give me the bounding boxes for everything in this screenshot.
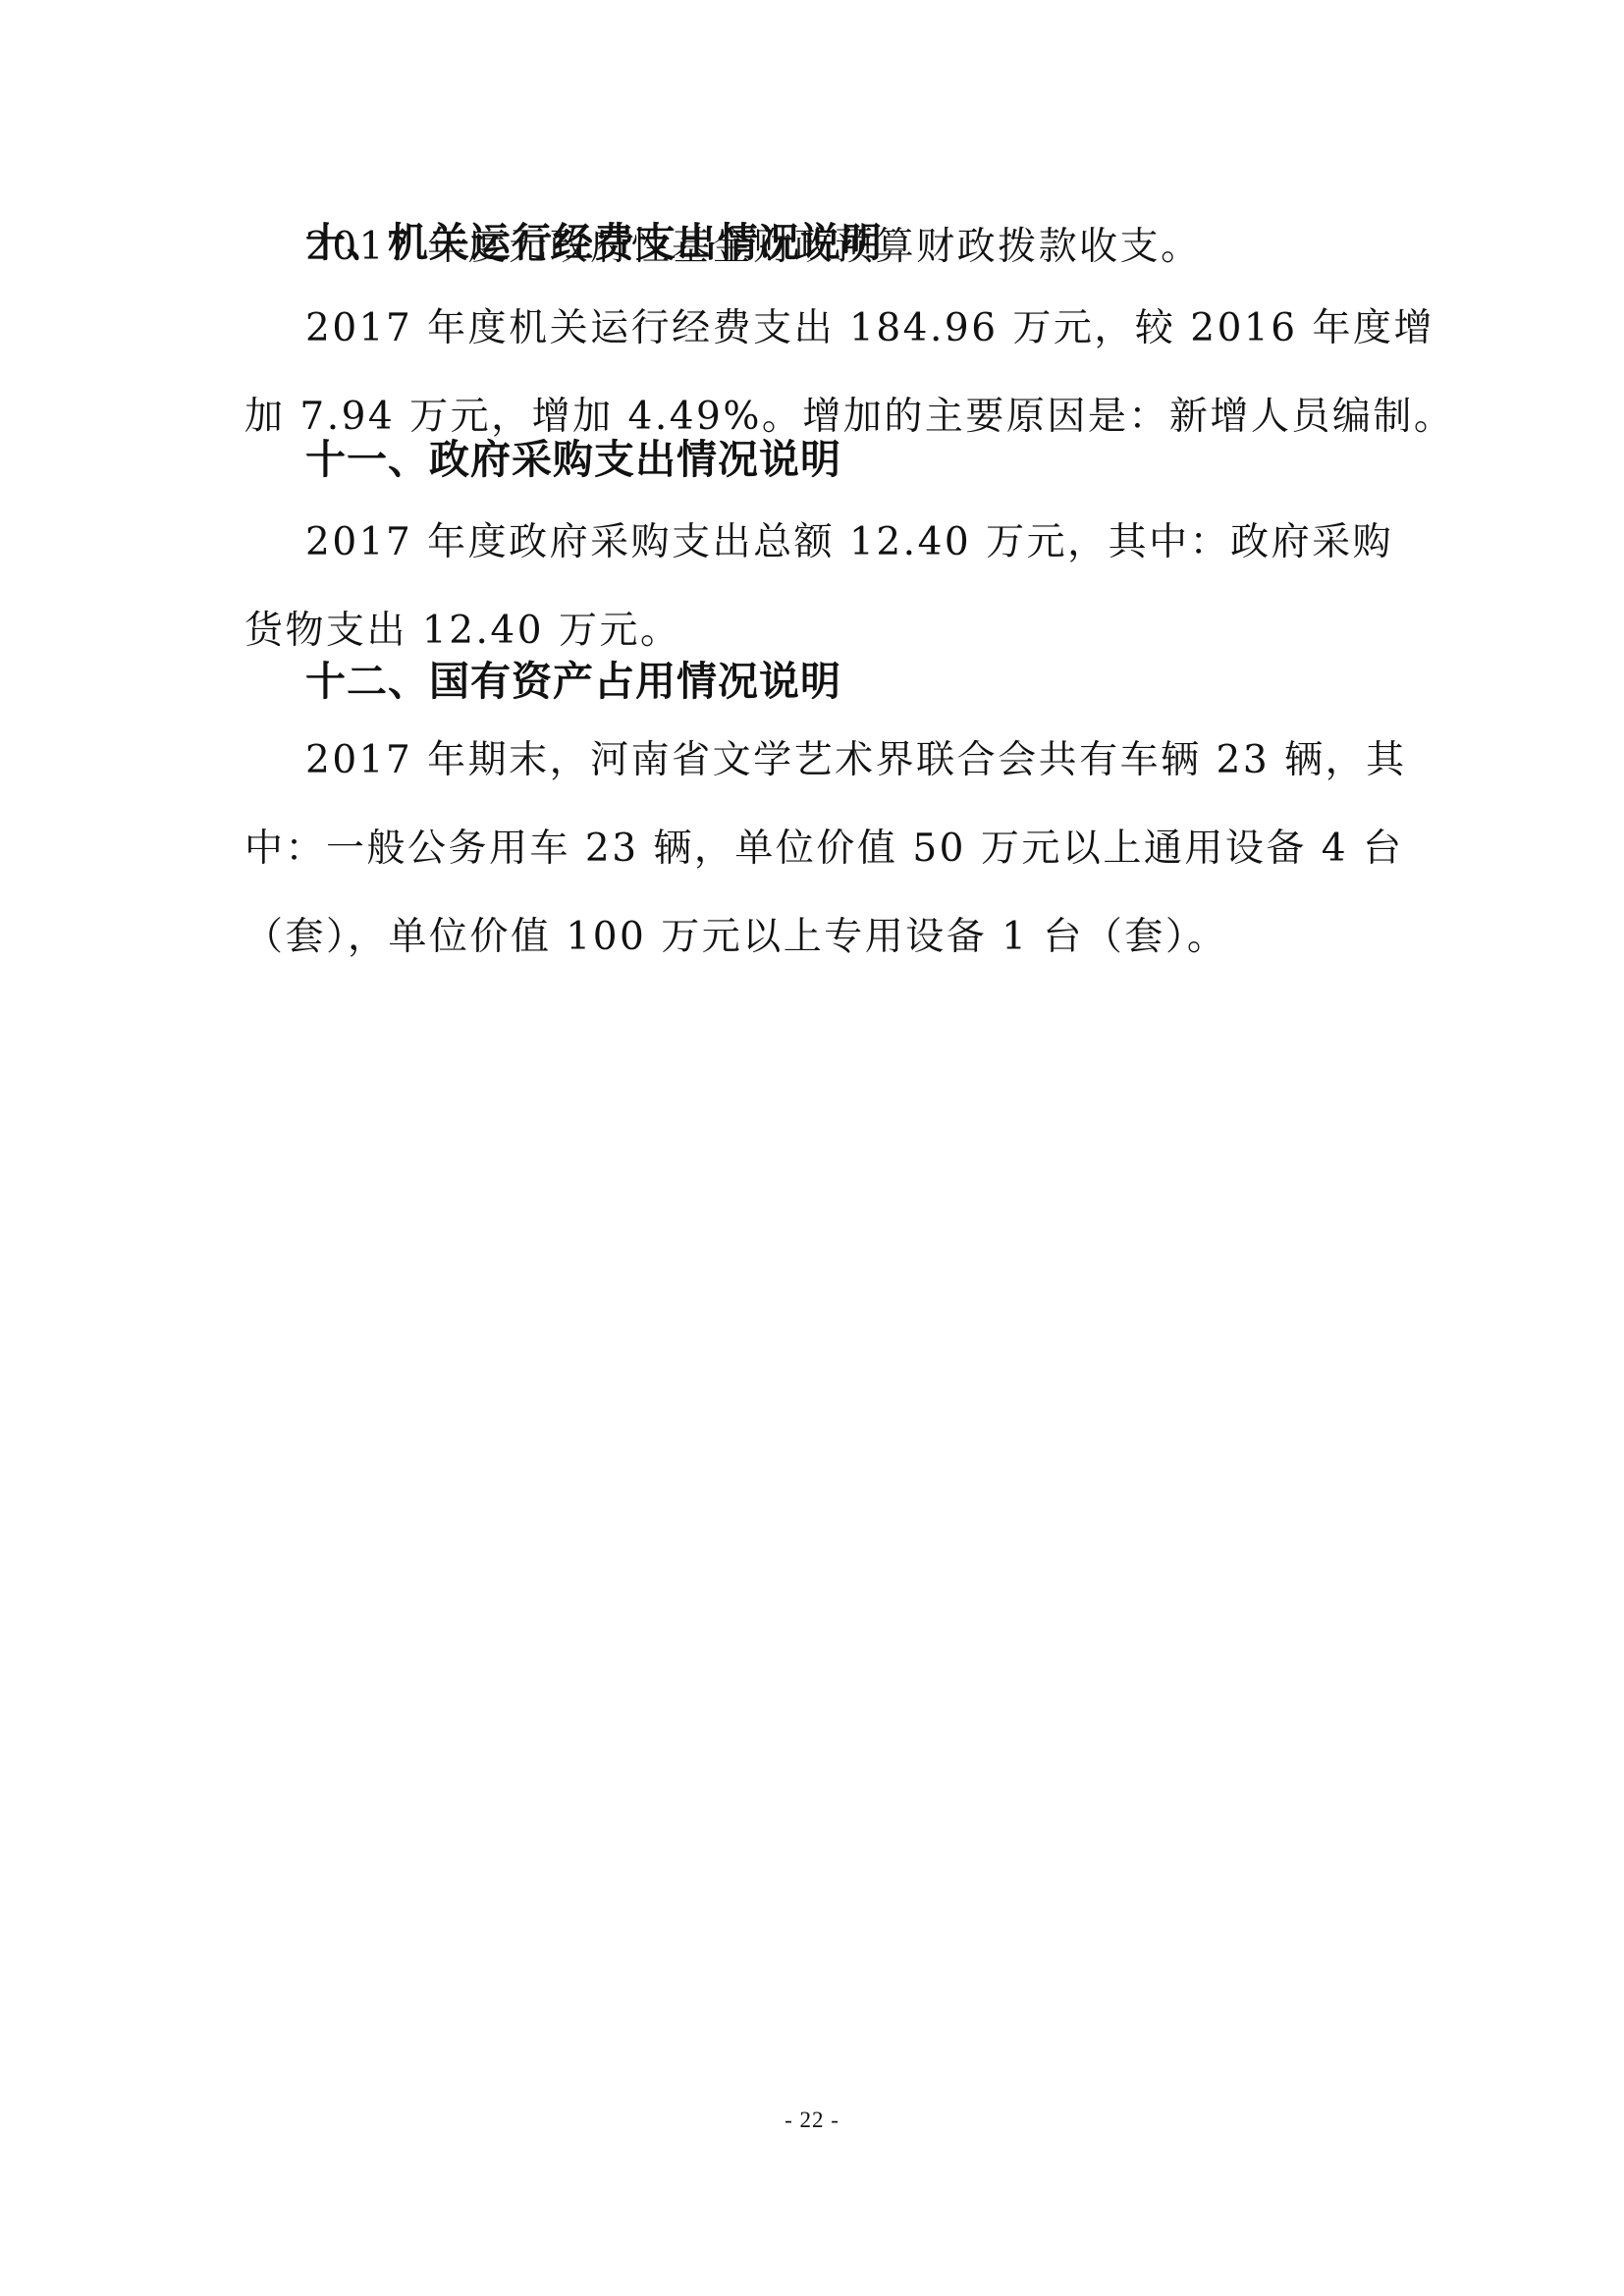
text-line: 中：一般公务用车 23 辆，单位价值 50 万元以上通用设备 4 台 — [244, 805, 1418, 893]
text-line: 2017 年度机关运行经费支出 184.96 万元，较 2016 年度增 — [244, 285, 1418, 373]
heading-section-10-operating-expenses: 十、机关运行经费支出情况说明 — [305, 213, 883, 272]
paragraph-government-procurement: 2017 年度政府采购支出总额 12.40 万元，其中：政府采购 货物支出 12… — [244, 499, 1418, 675]
document-page: 2017 年度无政府性基金财政预算财政拨款收支。 十、机关运行经费支出情况说明 … — [0, 0, 1624, 2296]
heading-section-11-government-procurement: 十一、政府采购支出情况说明 — [305, 430, 841, 489]
text-line: 2017 年度政府采购支出总额 12.40 万元，其中：政府采购 — [244, 499, 1418, 587]
text-line: （套），单位价值 100 万元以上专用设备 1 台（套）。 — [244, 893, 1418, 982]
text-line: 2017 年期末，河南省文学艺术界联合会共有车辆 23 辆，其 — [244, 717, 1418, 805]
page-number: - 22 - — [0, 2108, 1624, 2133]
heading-section-12-state-assets: 十二、国有资产占用情况说明 — [305, 652, 841, 711]
paragraph-state-assets: 2017 年期末，河南省文学艺术界联合会共有车辆 23 辆，其 中：一般公务用车… — [244, 717, 1418, 982]
